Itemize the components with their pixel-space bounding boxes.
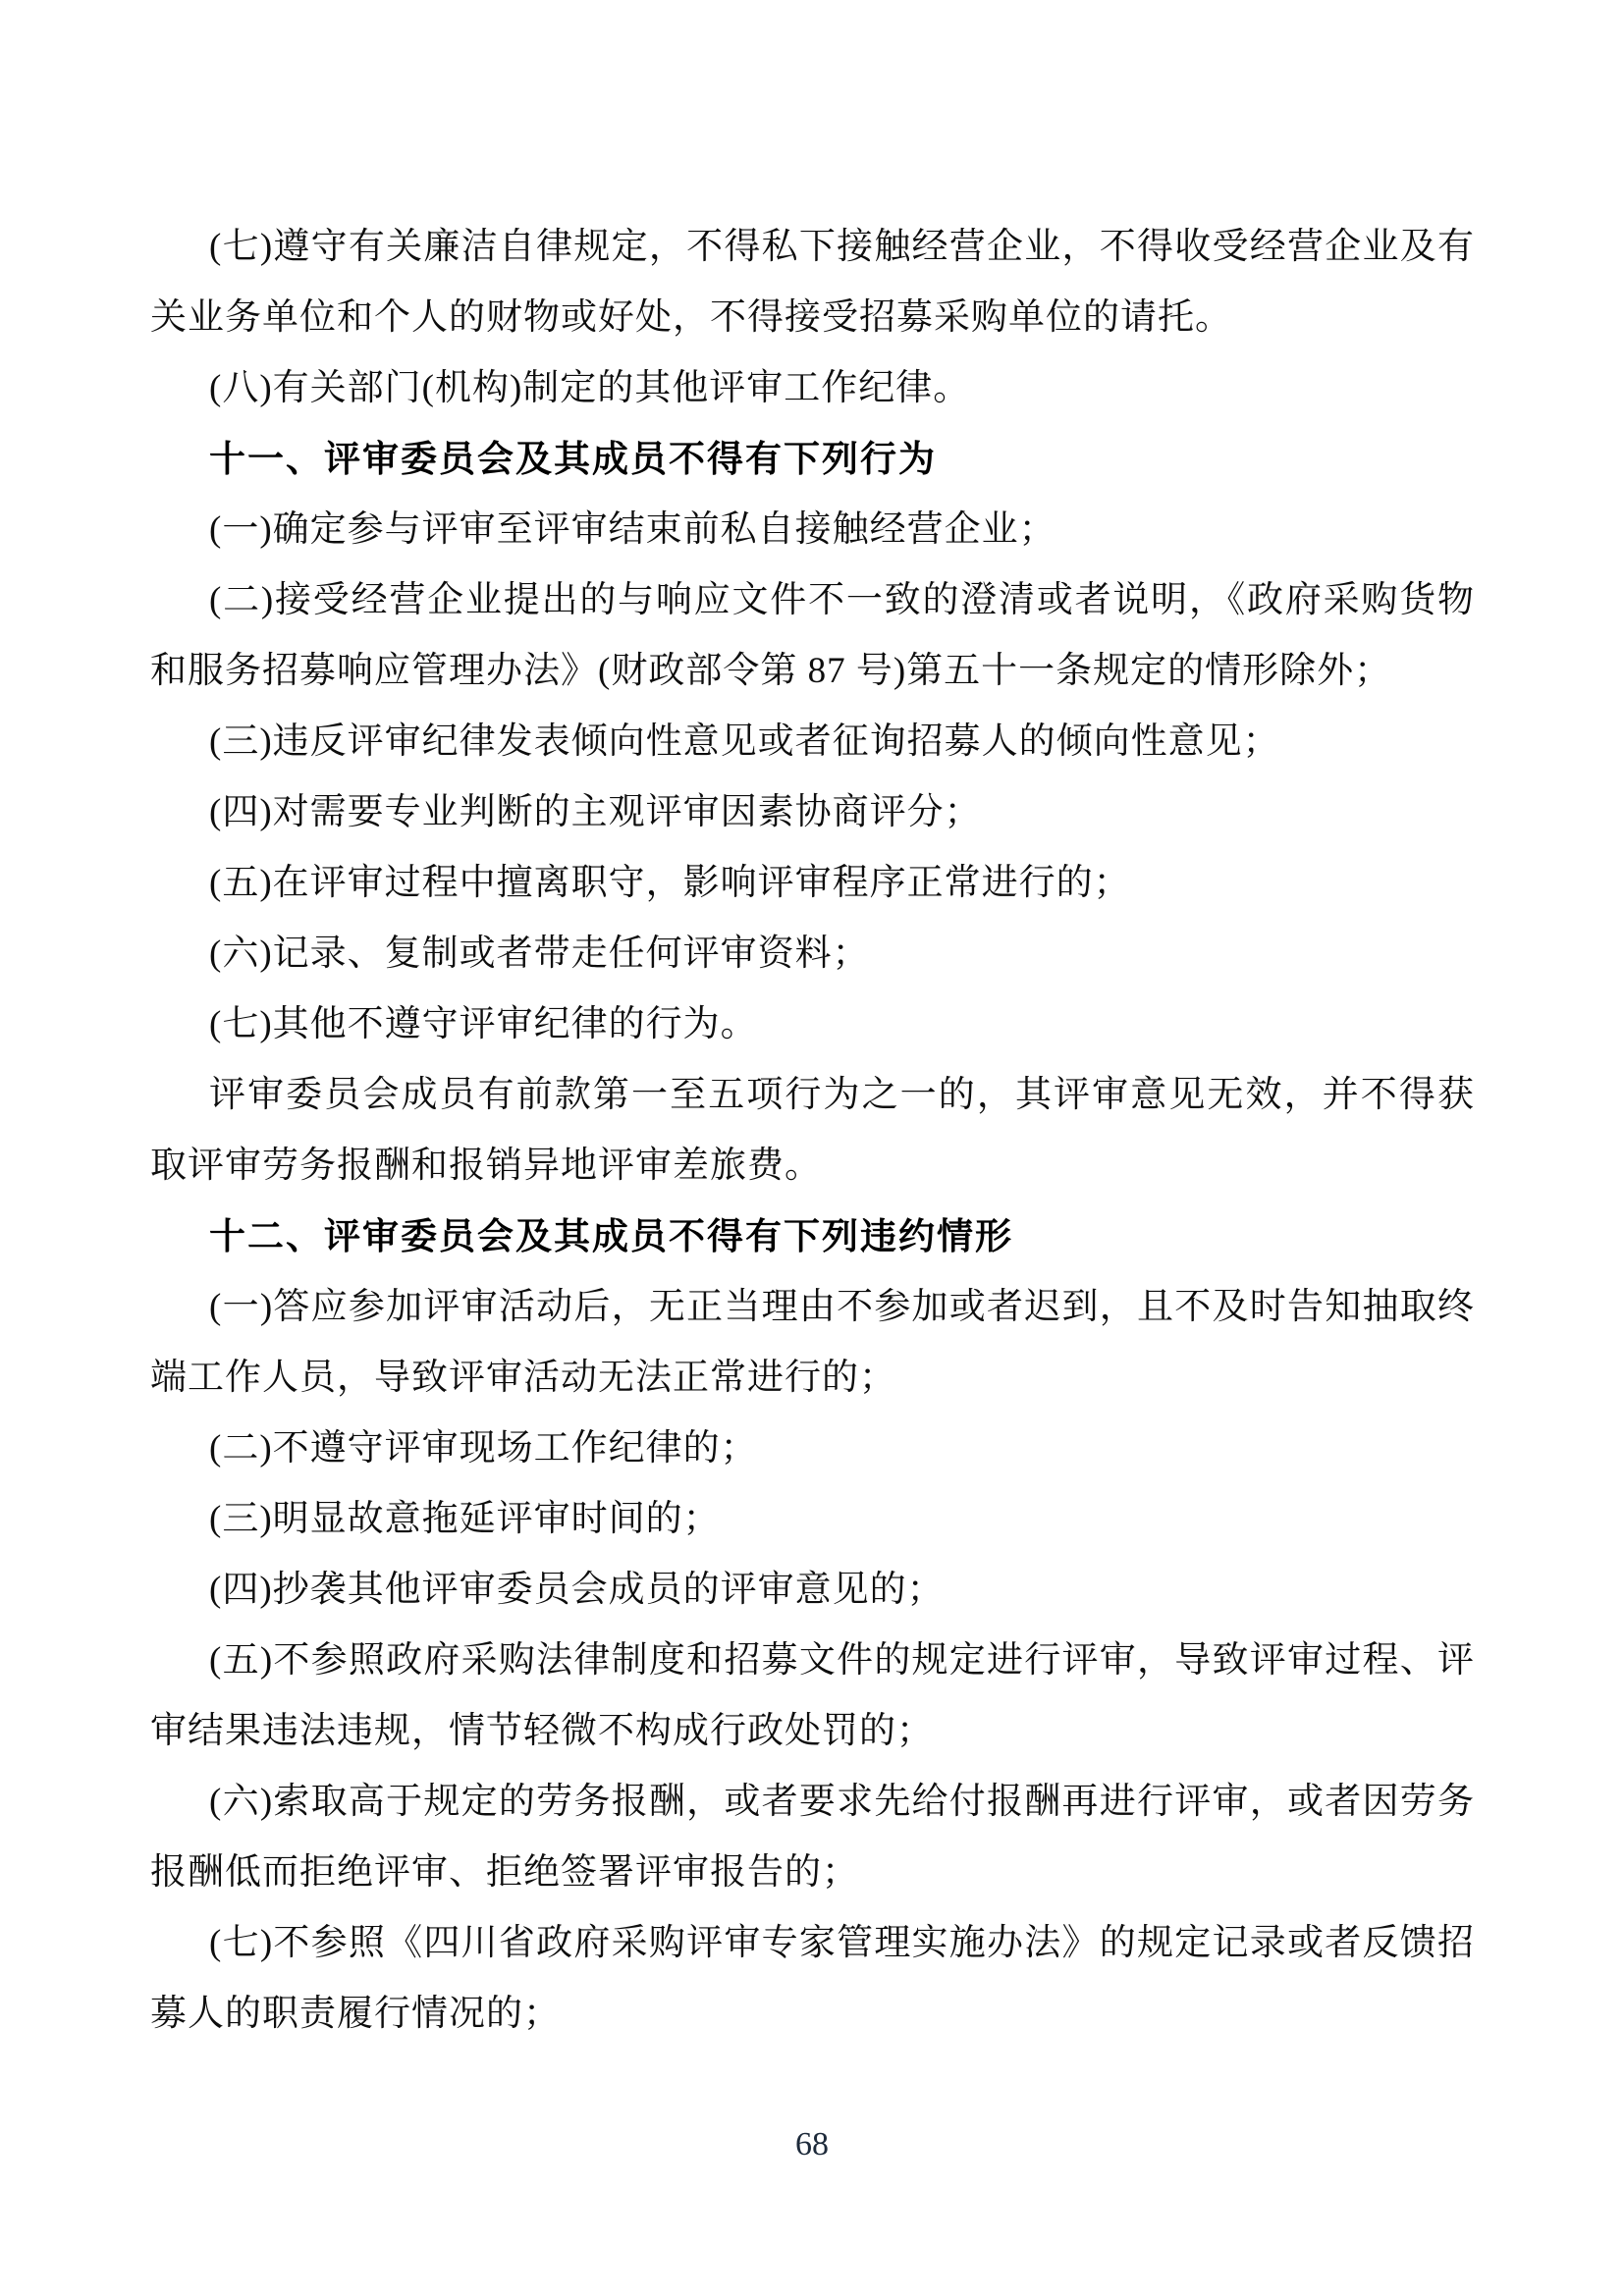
paragraph-s11-consequence: 评审委员会成员有前款第一至五项行为之一的，其评审意见无效，并不得获取评审劳务报酬…: [150, 1060, 1475, 1201]
paragraph-s11-item-5: (五)在评审过程中擅离职守，影响评审程序正常进行的；: [150, 848, 1475, 919]
paragraph-s11-item-7: (七)其他不遵守评审纪律的行为。: [150, 989, 1475, 1060]
paragraph-s11-item-2: (二)接受经营企业提出的与响应文件不一致的澄清或者说明，《政府采购货物和服务招募…: [150, 565, 1475, 707]
paragraph-s12-item-7: (七)不参照《四川省政府采购评审专家管理实施办法》的规定记录或者反馈招募人的职责…: [150, 1908, 1475, 2050]
section-heading-11: 十一、评审委员会及其成员不得有下列行为: [150, 424, 1475, 495]
paragraph-clause-7-discipline: (七)遵守有关廉洁自律规定，不得私下接触经营企业，不得收受经营企业及有关业务单位…: [150, 212, 1475, 353]
document-page: (七)遵守有关廉洁自律规定，不得私下接触经营企业，不得收受经营企业及有关业务单位…: [0, 0, 1624, 2296]
paragraph-s12-item-5: (五)不参照政府采购法律制度和招募文件的规定进行评审，导致评审过程、评审结果违法…: [150, 1626, 1475, 1767]
paragraph-s11-item-6: (六)记录、复制或者带走任何评审资料；: [150, 919, 1475, 989]
paragraph-clause-8-discipline: (八)有关部门(机构)制定的其他评审工作纪律。: [150, 353, 1475, 424]
paragraph-s12-item-2: (二)不遵守评审现场工作纪律的；: [150, 1414, 1475, 1484]
paragraph-s12-item-4: (四)抄袭其他评审委员会成员的评审意见的；: [150, 1555, 1475, 1626]
paragraph-s11-item-1: (一)确定参与评审至评审结束前私自接触经营企业；: [150, 495, 1475, 565]
paragraph-s11-item-4: (四)对需要专业判断的主观评审因素协商评分；: [150, 777, 1475, 848]
paragraph-s12-item-6: (六)索取高于规定的劳务报酬，或者要求先给付报酬再进行评审，或者因劳务报酬低而拒…: [150, 1767, 1475, 1908]
paragraph-s12-item-1: (一)答应参加评审活动后，无正当理由不参加或者迟到，且不及时告知抽取终端工作人员…: [150, 1272, 1475, 1414]
page-number: 68: [0, 2122, 1624, 2167]
section-heading-12: 十二、评审委员会及其成员不得有下列违约情形: [150, 1201, 1475, 1272]
paragraph-s11-item-3: (三)违反评审纪律发表倾向性意见或者征询招募人的倾向性意见；: [150, 707, 1475, 777]
paragraph-s12-item-3: (三)明显故意拖延评审时间的；: [150, 1484, 1475, 1555]
